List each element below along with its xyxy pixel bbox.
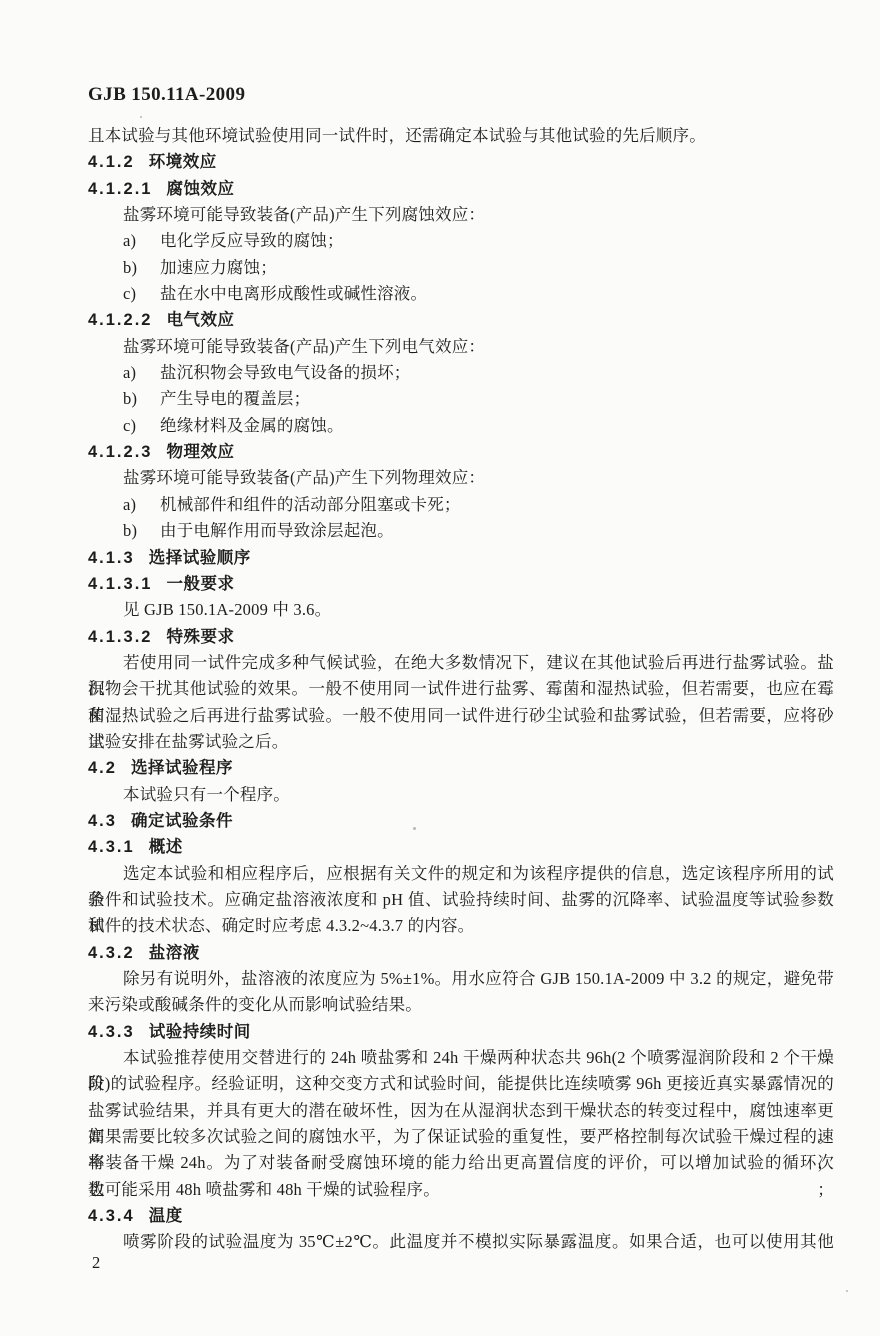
list-marker: a) [123,228,160,254]
text-line: 试验安排在盐雾试验之后。 [88,729,834,755]
section-title: 腐蚀效应 [166,180,234,198]
scan-speck [413,827,416,830]
section-title: 一般要求 [166,575,234,593]
text-line: 如果需要比较多次试验之间的腐蚀水平，为了保证试验的重复性，要严格控制每次试验干燥… [88,1124,834,1150]
section-title: 特殊要求 [166,628,234,646]
section-title: 电气效应 [166,311,234,329]
text-line: 和湿热试验之后再进行盐雾试验。一般不使用同一试件进行砂尘试验和盐雾试验，但若需要… [88,703,834,729]
list-item: a)盐沉积物会导致电气设备的损坏； [88,360,834,386]
section-heading: 4.3.4温度 [88,1203,834,1229]
section-title: 温度 [149,1207,183,1225]
list-marker: c) [123,281,160,307]
text-line: 积物会干扰其他试验的效果。一般不使用同一试件进行盐雾、霉菌和湿热试验，但若需要，… [88,676,834,702]
section-number: 4.1.3.1 [88,575,152,593]
section-number: 4.1.2 [88,153,135,171]
section-number: 4.2 [88,759,117,777]
standard-number-header: GJB 150.11A-2009 [88,84,245,106]
scan-speck [846,1290,848,1292]
text-line: 段)的试验程序。经验证明，这种交变方式和试验时间，能提供比连续喷雾 96h 更接… [88,1071,834,1097]
list-text: 由于电解作用而导致涂层起泡。 [160,521,394,540]
list-text: 产生导电的覆盖层； [160,389,310,408]
text-line: 来污染或酸碱条件的变化从而影响试验结果。 [88,992,834,1018]
section-heading: 4.1.2.2电气效应 [88,307,834,333]
section-heading: 4.1.3.2特殊要求 [88,624,834,650]
text-line: 选定本试验和相应程序后，应根据有关文件的规定和为该程序提供的信息，选定该程序所用… [88,861,834,887]
text-line: 除另有说明外，盐溶液的浓度应为 5%±1%。用水应符合 GJB 150.1A-2… [88,966,834,992]
text-line: 将装备干燥 24h。为了对装备耐受腐蚀环境的能力给出更高置信度的评价，可以增加试… [88,1150,834,1176]
text-line: 且本试验与其他环境试验使用同一试件时，还需确定本试验与其他试验的先后顺序。 [88,123,834,149]
list-item: b)由于电解作用而导致涂层起泡。 [88,518,834,544]
section-title: 物理效应 [166,443,234,461]
text-line: 试件的技术状态、确定时应考虑 4.3.2~4.3.7 的内容。 [88,913,834,939]
list-item: c)绝缘材料及金属的腐蚀。 [88,413,834,439]
list-text: 加速应力腐蚀； [160,258,277,277]
section-heading: 4.2选择试验程序 [88,755,834,781]
section-title: 确定试验条件 [131,812,233,830]
section-number: 4.1.2.2 [88,311,152,329]
list-marker: b) [123,518,160,544]
section-number: 4.3.2 [88,944,135,962]
section-title: 概述 [149,838,183,856]
text-line: 喷雾阶段的试验温度为 35℃±2℃。此温度并不模拟实际暴露温度。如果合适，也可以… [88,1229,834,1255]
section-title: 选择试验顺序 [149,549,251,567]
section-title: 环境效应 [149,153,217,171]
text-line: 盐雾试验结果，并具有更大的潜在破坏性，因为在从湿润状态到干燥状态的转变过程中，腐… [88,1098,834,1124]
list-marker: a) [123,492,160,518]
list-item: b)加速应力腐蚀； [88,255,834,281]
page-number: 2 [92,1250,100,1276]
list-text: 盐沉积物会导致电气设备的损坏； [160,363,411,382]
section-title: 选择试验程序 [131,759,233,777]
section-number: 4.1.2.3 [88,443,152,461]
section-title: 试验持续时间 [149,1023,251,1041]
section-heading: 4.3.3试验持续时间 [88,1019,834,1045]
section-number: 4.3.3 [88,1023,135,1041]
section-heading: 4.1.2环境效应 [88,149,834,175]
text-line: 盐雾环境可能导致装备(产品)产生下列电气效应： [88,334,834,360]
section-heading: 4.3确定试验条件 [88,808,834,834]
text-line: 盐雾环境可能导致装备(产品)产生下列腐蚀效应： [88,202,834,228]
list-text: 盐在水中电离形成酸性或碱性溶液。 [160,284,427,303]
list-text: 机械部件和组件的活动部分阻塞或卡死； [160,495,461,514]
scan-speck [140,116,142,118]
document-page: GJB 150.11A-2009 且本试验与其他环境试验使用同一试件时，还需确定… [0,0,880,1336]
list-text: 绝缘材料及金属的腐蚀。 [160,416,344,435]
section-heading: 4.1.2.1腐蚀效应 [88,176,834,202]
list-marker: a) [123,360,160,386]
list-item: c)盐在水中电离形成酸性或碱性溶液。 [88,281,834,307]
section-number: 4.3 [88,812,117,830]
section-number: 4.3.4 [88,1207,135,1225]
list-item: b)产生导电的覆盖层； [88,386,834,412]
text-line: 本试验推荐使用交替进行的 24h 喷盐雾和 24h 干燥两种状态共 96h(2 … [88,1045,834,1071]
section-number: 4.3.1 [88,838,135,856]
section-heading: 4.3.2盐溶液 [88,940,834,966]
text-line: 本试验只有一个程序。 [88,782,834,808]
section-title: 盐溶液 [149,944,200,962]
section-heading: 4.1.3选择试验顺序 [88,545,834,571]
section-number: 4.1.3.2 [88,628,152,646]
list-item: a)机械部件和组件的活动部分阻塞或卡死； [88,492,834,518]
list-item: a)电化学反应导致的腐蚀； [88,228,834,254]
section-heading: 4.1.2.3物理效应 [88,439,834,465]
list-marker: c) [123,413,160,439]
text-line: 若使用同一试件完成多种气候试验，在绝大多数情况下，建议在其他试验后再进行盐雾试验… [88,650,834,676]
list-marker: b) [123,255,160,281]
section-number: 4.1.3 [88,549,135,567]
document-body: 且本试验与其他环境试验使用同一试件时，还需确定本试验与其他试验的先后顺序。4.1… [88,123,834,1256]
list-text: 电化学反应导致的腐蚀； [160,231,344,250]
section-heading: 4.1.3.1一般要求 [88,571,834,597]
list-marker: b) [123,386,160,412]
section-heading: 4.3.1概述 [88,834,834,860]
text-line: 盐雾环境可能导致装备(产品)产生下列物理效应： [88,465,834,491]
section-number: 4.1.2.1 [88,180,152,198]
text-line: 条件和试验技术。应确定盐溶液浓度和 pH 值、试验持续时间、盐雾的沉降率、试验温… [88,887,834,913]
text-line: 见 GJB 150.1A-2009 中 3.6。 [88,597,834,623]
